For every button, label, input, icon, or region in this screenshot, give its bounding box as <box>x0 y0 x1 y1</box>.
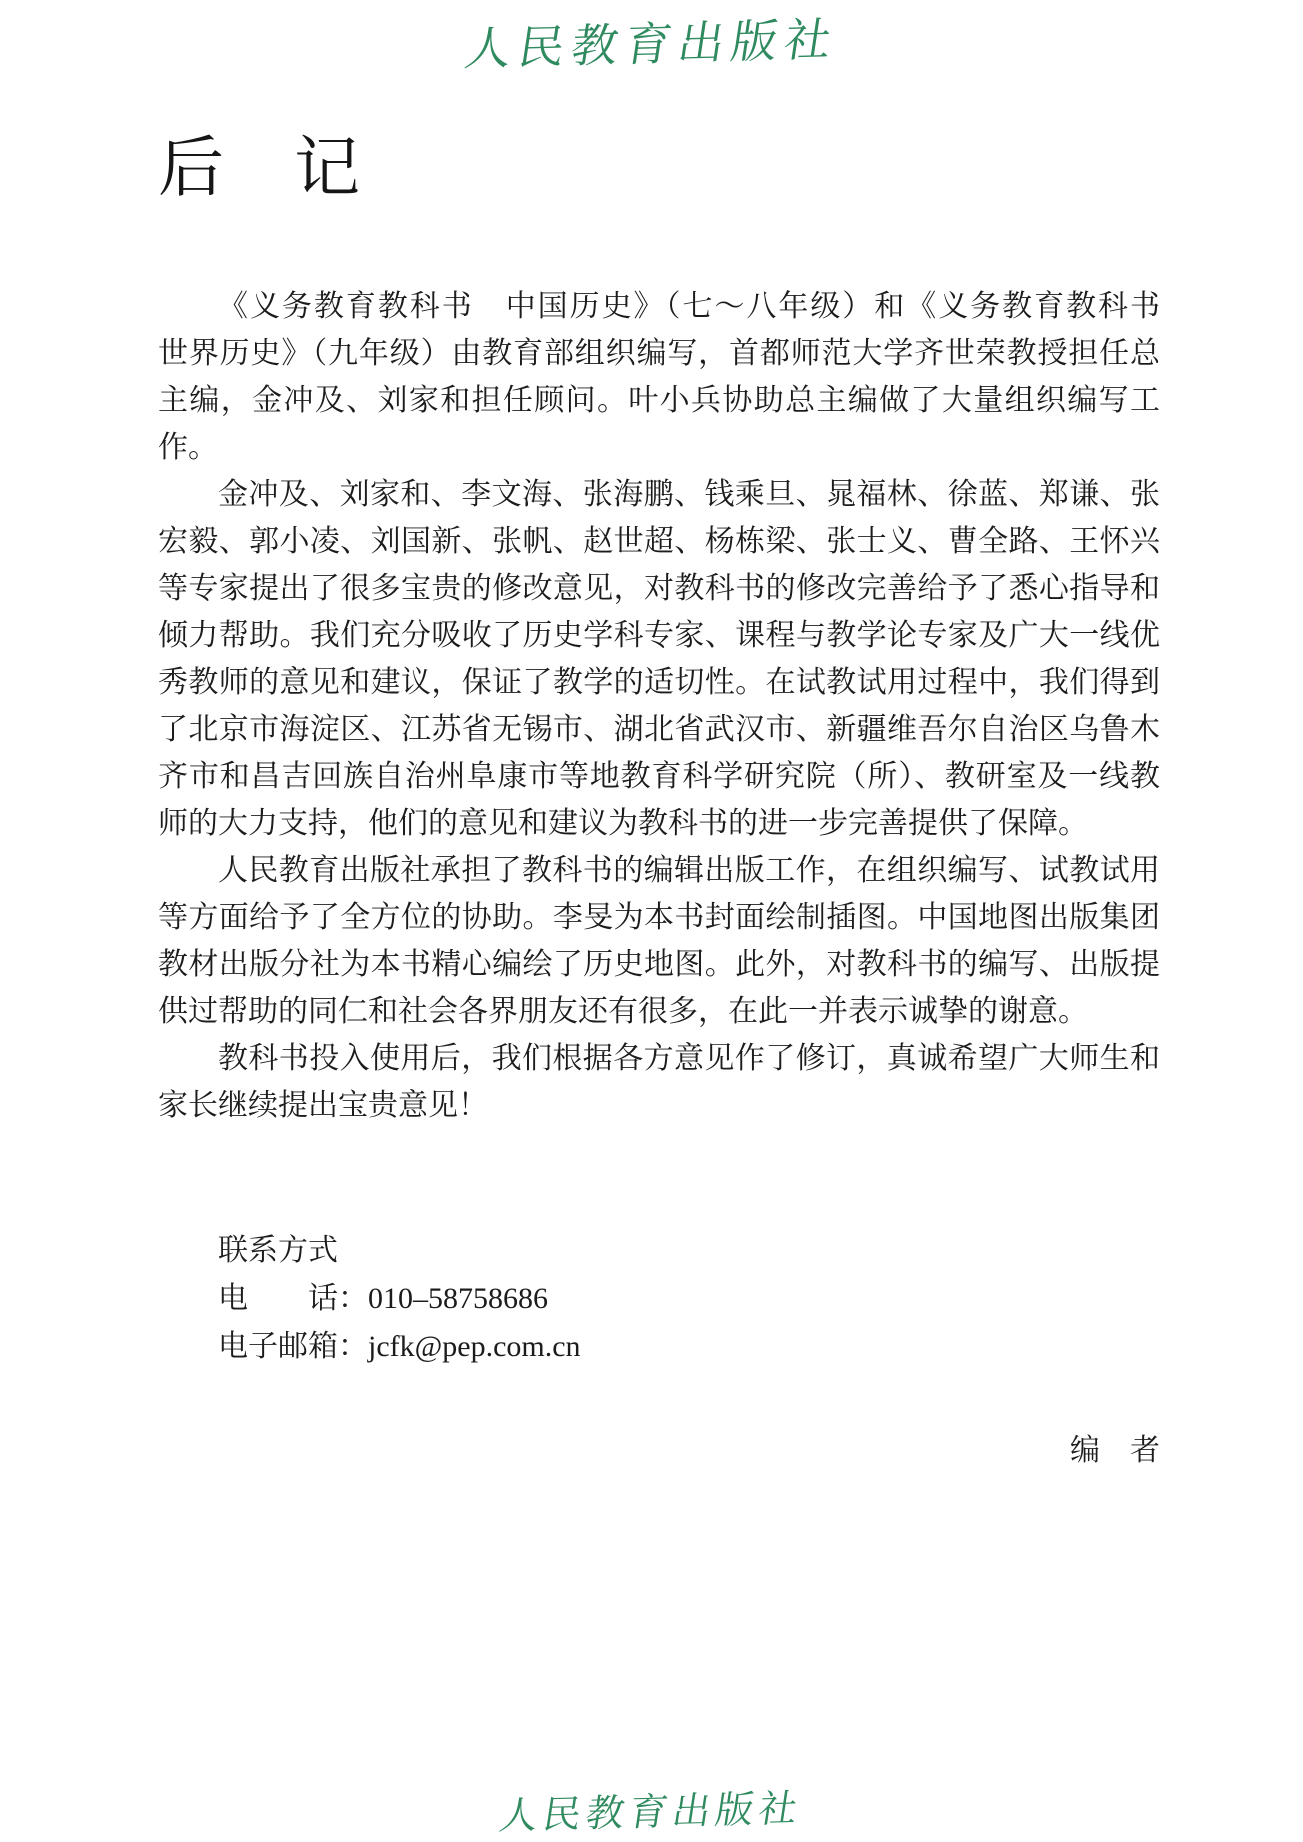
afterword-body: 《义务教育教科书 中国历史》（七～八年级）和《义务教育教科书 世界历史》（九年级… <box>158 283 1160 1129</box>
phone-separator: ： <box>338 1282 368 1315</box>
publisher-logo-text: 人民教育出版社 <box>460 5 843 85</box>
email-label: 电子邮箱 <box>218 1330 338 1363</box>
paragraph-1: 《义务教育教科书 中国历史》（七～八年级）和《义务教育教科书 世界历史》（九年级… <box>158 283 1160 471</box>
page: 人民教育出版社 后 记 《义务教育教科书 中国历史》（七～八年级）和《义务教育教… <box>0 0 1303 1842</box>
publisher-logo-bottom: 人民教育出版社 <box>0 1781 1303 1836</box>
contact-phone-line: 电 话：010–58758686 <box>218 1275 1303 1323</box>
email-value: jcfk@pep.com.cn <box>368 1330 581 1363</box>
phone-value: 010–58758686 <box>368 1282 548 1315</box>
email-separator: ： <box>338 1330 368 1363</box>
publisher-logo-top: 人民教育出版社 <box>0 0 1303 90</box>
paragraph-2: 金冲及、刘家和、李文海、张海鹏、钱乘旦、晁福林、徐蓝、郑谦、张宏毅、郭小凌、刘国… <box>158 471 1160 847</box>
phone-label: 电 话 <box>218 1282 338 1315</box>
editors-signature: 编 者 <box>0 1433 1160 1469</box>
contact-email-line: 电子邮箱：jcfk@pep.com.cn <box>218 1323 1303 1371</box>
page-title: 后 记 <box>158 134 1303 203</box>
paragraph-3: 人民教育出版社承担了教科书的编辑出版工作，在组织编写、试教试用等方面给予了全方位… <box>158 847 1160 1035</box>
publisher-logo-text: 人民教育出版社 <box>496 1777 807 1840</box>
paragraph-4: 教科书投入使用后，我们根据各方意见作了修订，真诚希望广大师生和家长继续提出宝贵意… <box>158 1035 1160 1129</box>
contact-block: 联系方式 电 话：010–58758686 电子邮箱：jcfk@pep.com.… <box>218 1227 1303 1371</box>
contact-heading: 联系方式 <box>218 1227 1303 1275</box>
